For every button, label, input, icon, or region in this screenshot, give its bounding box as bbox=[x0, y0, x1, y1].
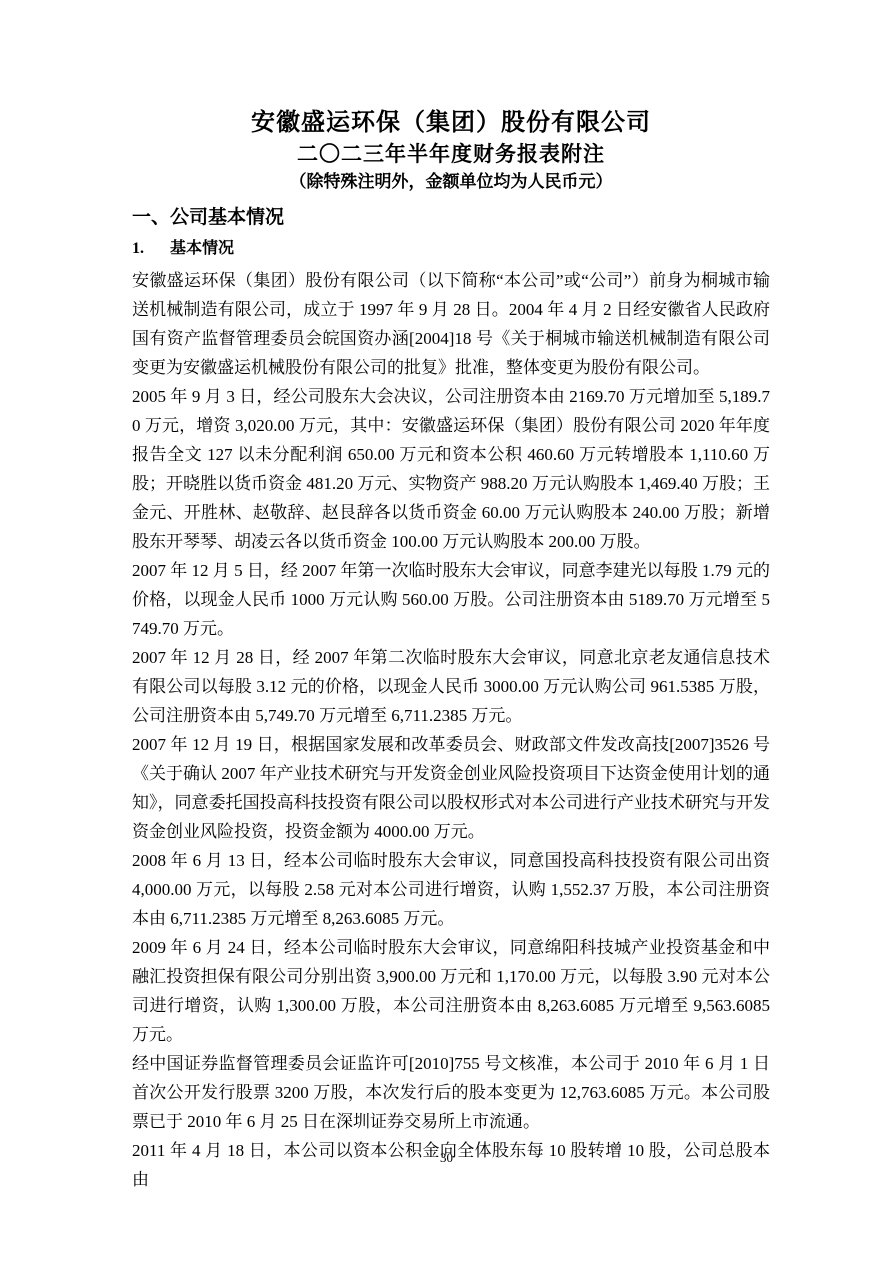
document-page: 安徽盛运环保（集团）股份有限公司 二〇二三年半年度财务报表附注 （除特殊注明外，… bbox=[0, 0, 893, 1262]
document-subtitle: 二〇二三年半年度财务报表附注 bbox=[132, 142, 770, 167]
section-heading-company-basic-info: 一、公司基本情况 bbox=[132, 206, 770, 229]
document-title: 安徽盛运环保（集团）股份有限公司 bbox=[132, 108, 770, 138]
paragraph-2007-dec-28-increase: 2007 年 12 月 28 日，经 2007 年第二次临时股东大会审议，同意北… bbox=[132, 643, 770, 730]
paragraph-2009-capital-increase: 2009 年 6 月 24 日，经本公司临时股东大会审议，同意绵阳科技城产业投资… bbox=[132, 933, 770, 1049]
paragraph-company-history: 安徽盛运环保（集团）股份有限公司（以下简称“本公司”或“公司”）前身为桐城市输送… bbox=[132, 266, 770, 382]
paragraph-2007-dec-5-increase: 2007 年 12 月 5 日，经 2007 年第一次临时股东大会审议，同意李建… bbox=[132, 556, 770, 643]
subsection-heading-basic-info: 1. 基本情况 bbox=[132, 239, 770, 258]
paragraph-2008-capital-increase: 2008 年 6 月 13 日，经本公司临时股东大会审议，同意国投高科技投资有限… bbox=[132, 846, 770, 933]
paragraph-2010-ipo: 经中国证券监督管理委员会证监许可[2010]755 号文核准，本公司于 2010… bbox=[132, 1049, 770, 1136]
page-number: 30 bbox=[0, 1150, 893, 1166]
currency-unit-note: （除特殊注明外，金额单位均为人民币元） bbox=[132, 172, 770, 192]
subsection-number: 1. bbox=[132, 239, 170, 258]
body-text: 安徽盛运环保（集团）股份有限公司（以下简称“本公司”或“公司”）前身为桐城市输送… bbox=[132, 266, 770, 1194]
paragraph-2005-capital-increase: 2005 年 9 月 3 日，经公司股东大会决议，公司注册资本由 2169.70… bbox=[132, 382, 770, 556]
subsection-title: 基本情况 bbox=[170, 239, 234, 258]
paragraph-2007-dec-19-investment: 2007 年 12 月 19 日，根据国家发展和改革委员会、财政部文件发改高技[… bbox=[132, 730, 770, 846]
document-content: 安徽盛运环保（集团）股份有限公司 二〇二三年半年度财务报表附注 （除特殊注明外，… bbox=[132, 0, 770, 1194]
